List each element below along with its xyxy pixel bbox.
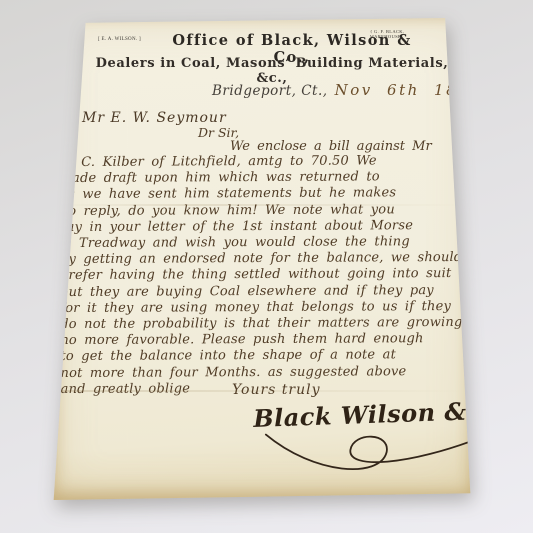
dateline-date: Nov 6th 1869 <box>335 81 483 99</box>
paper-surface: [ E. A. WILSON. ] { G. F. BLACK, WAREHOU… <box>52 18 472 500</box>
signature-block: Black Wilson & Co <box>253 396 485 477</box>
photo-background: [ E. A. WILSON. ] { G. F. BLACK, WAREHOU… <box>0 0 533 533</box>
handwritten-line: no more favorable. Please push them hard… <box>60 331 466 349</box>
letter-body: D. C. Kilber of Litchfield, amtg to 70.5… <box>59 153 466 398</box>
salutation-line: Dr Sir, <box>198 125 239 140</box>
handwritten-line: but they are buying Coal elsewhere and i… <box>60 283 466 301</box>
handwritten-line: prefer having the thing settled without … <box>60 266 466 284</box>
fold-crease <box>60 390 463 392</box>
signature-text: Black Wilson & Co <box>253 395 512 433</box>
dateline-place: Bridgeport, Ct., <box>212 83 328 99</box>
letter-paper: [ E. A. WILSON. ] { G. F. BLACK, WAREHOU… <box>52 18 472 500</box>
handwritten-line: not more than four Months. as suggested … <box>60 364 466 382</box>
letterhead-partner-left: [ E. A. WILSON. ] <box>98 37 141 42</box>
addressee-line: Mr E. W. Seymour <box>82 110 227 126</box>
dateline: Bridgeport, Ct., Nov 6th 1869 <box>212 80 468 99</box>
fold-crease <box>60 204 463 206</box>
opening-line: We enclose a bill against Mr <box>230 139 432 154</box>
